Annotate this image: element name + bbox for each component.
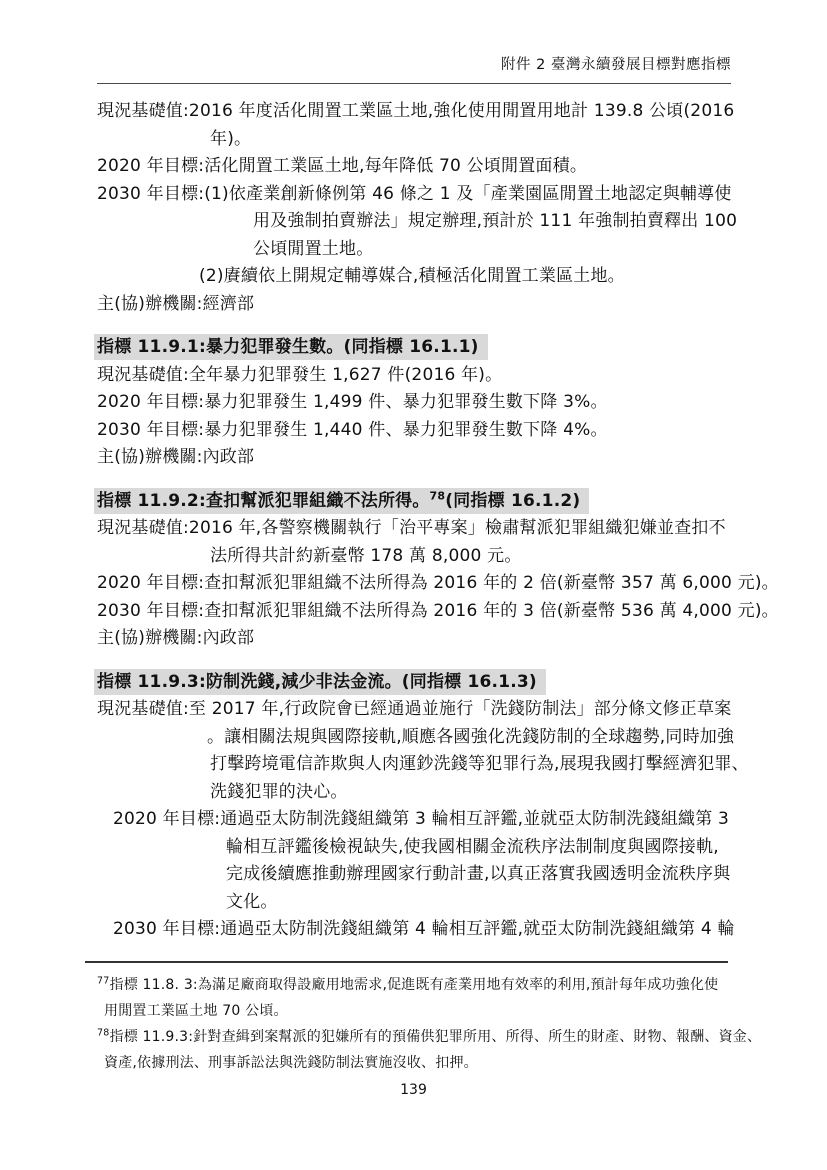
text-line: 現況基礎值:至 2017 年,行政院會已經通過並施行「洗錢防制法」部分條文修正草…	[97, 696, 777, 724]
text-line: 主(協)辦機關:內政部	[97, 444, 777, 472]
indicator-heading: 指標 11.9.3:防制洗錢,減少非法金流。(同指標 16.1.3)	[97, 669, 777, 697]
text-line: 打擊跨境電信詐欺與人肉運鈔洗錢等犯罪行為,展現我國打擊經濟犯罪、	[97, 751, 777, 779]
text-line: 2030 年目標:通過亞太防制洗錢組織第 4 輪相互評鑑,就亞太防制洗錢組織第 …	[97, 916, 777, 944]
footnote-number: 78	[97, 1027, 110, 1038]
heading-highlight: 指標 11.9.1:暴力犯罪發生數。(同指標 16.1.1)	[94, 334, 488, 360]
text-line: 2030 年目標:(1)依產業創新條例第 46 條之 1 及「產業園區閒置土地認…	[97, 181, 777, 209]
text-line: 主(協)辦機關:內政部	[97, 625, 777, 653]
header-appendix-title: 附件 2 臺灣永續發展目標對應指標	[501, 54, 731, 76]
text-line: 完成後續應推動辦理國家行動計畫,以真正落實我國透明金流秩序與	[97, 861, 777, 889]
text-line: 洗錢犯罪的決心。	[97, 779, 777, 807]
document-body: 現況基礎值:2016 年度活化閒置工業區土地,強化使用閒置用地計 139.8 公…	[97, 98, 777, 944]
text-line: 2020 年目標:暴力犯罪發生 1,499 件、暴力犯罪發生數下降 3%。	[97, 389, 777, 417]
header-rule	[97, 83, 731, 84]
text-line: 用及強制拍賣辦法」規定辦理,預計於 111 年強制拍賣釋出 100	[97, 208, 777, 236]
footnote-text: 指標 11.8. 3:為滿足廠商取得設廠用地需求,促進既有產業用地有效率的利用,…	[110, 977, 719, 993]
page-number: 139	[0, 1082, 827, 1098]
text-line: 輪相互評鑑後檢視缺失,使我國相關金流秩序法制制度與國際接軌,	[97, 834, 777, 862]
text-line: 2030 年目標:查扣幫派犯罪組織不法所得為 2016 年的 3 倍(新臺幣 5…	[97, 598, 777, 626]
heading-text: 指標 11.9.2:查扣幫派犯罪組織不法所得。	[97, 491, 430, 511]
heading-text: (同指標 16.1.2)	[445, 491, 580, 511]
text-line: 現況基礎值:全年暴力犯罪發生 1,627 件(2016 年)。	[97, 362, 777, 390]
indicator-heading: 指標 11.9.1:暴力犯罪發生數。(同指標 16.1.1)	[97, 334, 777, 362]
footnote-line: 78指標 11.9.3:針對查緝到案幫派的犯嫌所有的預備供犯罪所用、所得、所生的…	[97, 1024, 777, 1050]
footnote-ref: 78	[430, 489, 446, 502]
text-line: 2020 年目標:活化閒置工業區土地,每年降低 70 公頃閒置面積。	[97, 153, 777, 181]
text-line: 2030 年目標:暴力犯罪發生 1,440 件、暴力犯罪發生數下降 4%。	[97, 417, 777, 445]
text-line: 公頃閒置土地。	[97, 236, 777, 264]
document-page: 附件 2 臺灣永續發展目標對應指標 現況基礎值:2016 年度活化閒置工業區土地…	[0, 0, 827, 1170]
footnote-line: 用閒置工業區土地 70 公頃。	[97, 998, 777, 1024]
footnote-text: 指標 11.9.3:針對查緝到案幫派的犯嫌所有的預備供犯罪所用、所得、所生的財產…	[110, 1029, 762, 1045]
text-line: 。讓相關法規與國際接軌,順應各國強化洗錢防制的全球趨勢,同時加強	[97, 724, 777, 752]
text-line: (2)賡續依上開規定輔導媒合,積極活化閒置工業區土地。	[97, 263, 777, 291]
text-line: 現況基礎值:2016 年,各警察機關執行「治平專案」檢肅幫派犯罪組織犯嫌並查扣不	[97, 515, 777, 543]
text-line: 文化。	[97, 889, 777, 917]
text-line: 主(協)辦機關:經濟部	[97, 291, 777, 319]
footnote-line: 資產,依據刑法、刑事訴訟法與洗錢防制法實施沒收、扣押。	[97, 1050, 777, 1076]
heading-highlight: 指標 11.9.3:防制洗錢,減少非法金流。(同指標 16.1.3)	[94, 669, 546, 695]
text-line: 2020 年目標:通過亞太防制洗錢組織第 3 輪相互評鑑,並就亞太防制洗錢組織第…	[97, 806, 777, 834]
text-line: 法所得共計約新臺幣 178 萬 8,000 元。	[97, 543, 777, 571]
footnote-line: 77指標 11.8. 3:為滿足廠商取得設廠用地需求,促進既有產業用地有效率的利…	[97, 972, 777, 998]
footnote-separator	[85, 961, 728, 963]
indicator-heading: 指標 11.9.2:查扣幫派犯罪組織不法所得。78(同指標 16.1.2)	[97, 488, 777, 516]
text-line: 年)。	[97, 126, 777, 154]
text-line: 2020 年目標:查扣幫派犯罪組織不法所得為 2016 年的 2 倍(新臺幣 3…	[97, 570, 777, 598]
footnotes: 77指標 11.8. 3:為滿足廠商取得設廠用地需求,促進既有產業用地有效率的利…	[97, 972, 777, 1076]
footnote-number: 77	[97, 975, 110, 986]
heading-highlight: 指標 11.9.2:查扣幫派犯罪組織不法所得。78(同指標 16.1.2)	[94, 488, 589, 514]
text-line: 現況基礎值:2016 年度活化閒置工業區土地,強化使用閒置用地計 139.8 公…	[97, 98, 777, 126]
